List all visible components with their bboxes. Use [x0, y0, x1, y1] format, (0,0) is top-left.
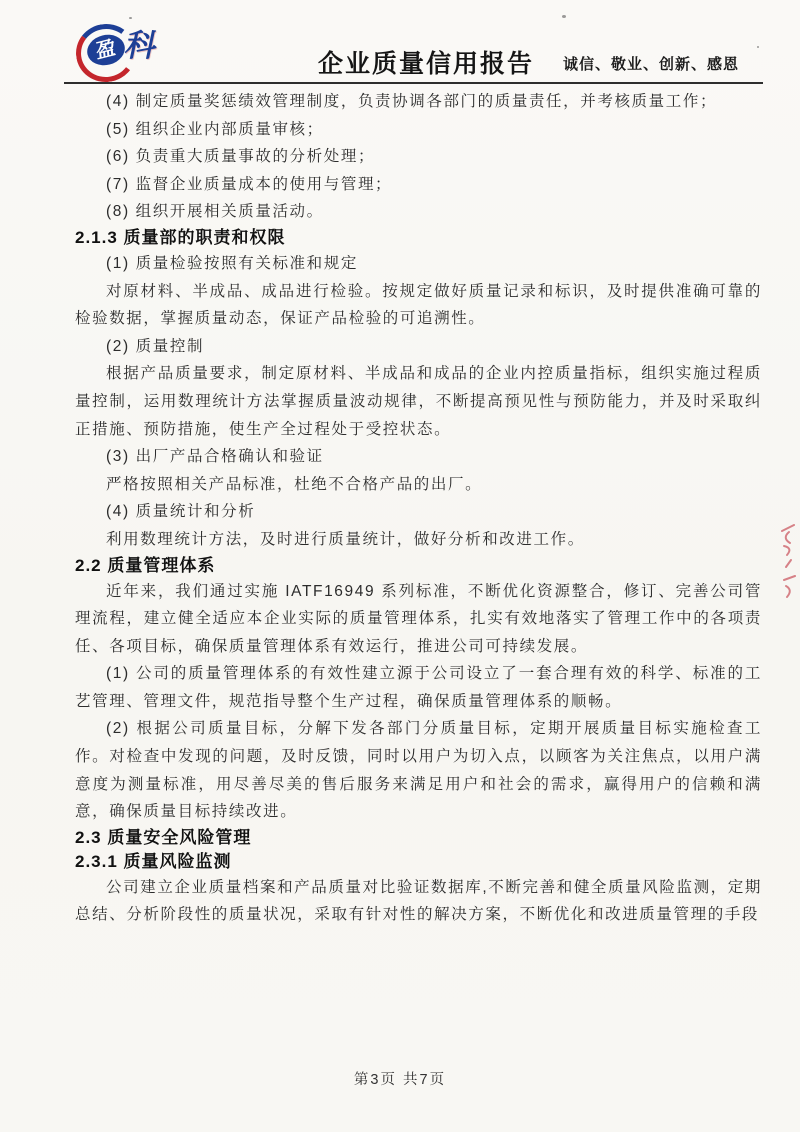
sub-item: (1) 质量检验按照有关标准和规定	[75, 250, 762, 278]
section-heading-2-3: 2.3 质量安全风险管理	[75, 826, 762, 850]
paragraph: 利用数理统计方法，及时进行质量统计，做好分析和改进工作。	[75, 526, 762, 554]
scan-speck	[129, 17, 132, 19]
report-header: 盈 科 企业质量信用报告 诚信、敬业、创新、感恩	[64, 0, 763, 84]
list-item: (6) 负责重大质量事故的分析处理；	[75, 143, 762, 171]
logo-char-yin: 盈	[95, 38, 117, 63]
section-heading-2-3-1: 2.3.1 质量风险监测	[75, 850, 762, 874]
scan-speck	[562, 15, 566, 18]
sub-item: (3) 出厂产品合格确认和验证	[75, 443, 762, 471]
paragraph: 对原材料、半成品、成品进行检验。按规定做好质量记录和标识，及时提供准确可靠的检验…	[75, 278, 762, 333]
list-item: (4) 制定质量奖惩绩效管理制度，负责协调各部门的质量责任，并考核质量工作；	[75, 88, 762, 116]
page-footer: 第3页 共7页	[0, 1068, 800, 1089]
scan-speck	[757, 46, 759, 48]
company-logo: 盈 科	[76, 18, 186, 78]
sub-item: (4) 质量统计和分析	[75, 498, 762, 526]
red-edge-annotation-mark	[774, 522, 800, 604]
paragraph: (2) 根据公司质量目标，分解下发各部门分质量目标，定期开展质量目标实施检查工作…	[75, 715, 762, 825]
paragraph: 近年来，我们通过实施 IATF16949 系列标准，不断优化资源整合，修订、完善…	[75, 578, 762, 661]
logo-char-ke: 科	[123, 30, 161, 61]
list-item: (5) 组织企业内部质量审核；	[75, 116, 762, 144]
section-heading-2-2: 2.2 质量管理体系	[75, 554, 762, 578]
section-heading-2-1-3: 2.1.3 质量部的职责和权限	[75, 226, 762, 250]
document-page: 盈 科 企业质量信用报告 诚信、敬业、创新、感恩 (4) 制定质量奖惩绩效管理制…	[0, 0, 800, 1132]
document-body: (4) 制定质量奖惩绩效管理制度，负责协调各部门的质量责任，并考核质量工作； (…	[0, 84, 800, 929]
list-item: (8) 组织开展相关质量活动。	[75, 198, 762, 226]
paragraph: 公司建立企业质量档案和产品质量对比验证数据库,不断完善和健全质量风险监测，定期总…	[75, 874, 762, 929]
sub-item: (2) 质量控制	[75, 333, 762, 361]
paragraph: (1) 公司的质量管理体系的有效性建立源于公司设立了一套合理有效的科学、标准的工…	[75, 660, 762, 715]
paragraph: 根据产品质量要求，制定原材料、半成品和成品的企业内控质量指标，组织实施过程质量控…	[75, 360, 762, 443]
list-item: (7) 监督企业质量成本的使用与管理；	[75, 171, 762, 199]
page-title: 企业质量信用报告	[318, 44, 534, 80]
company-slogan: 诚信、敬业、创新、感恩	[563, 53, 739, 74]
paragraph: 严格按照相关产品标准，杜绝不合格产品的出厂。	[75, 471, 762, 499]
